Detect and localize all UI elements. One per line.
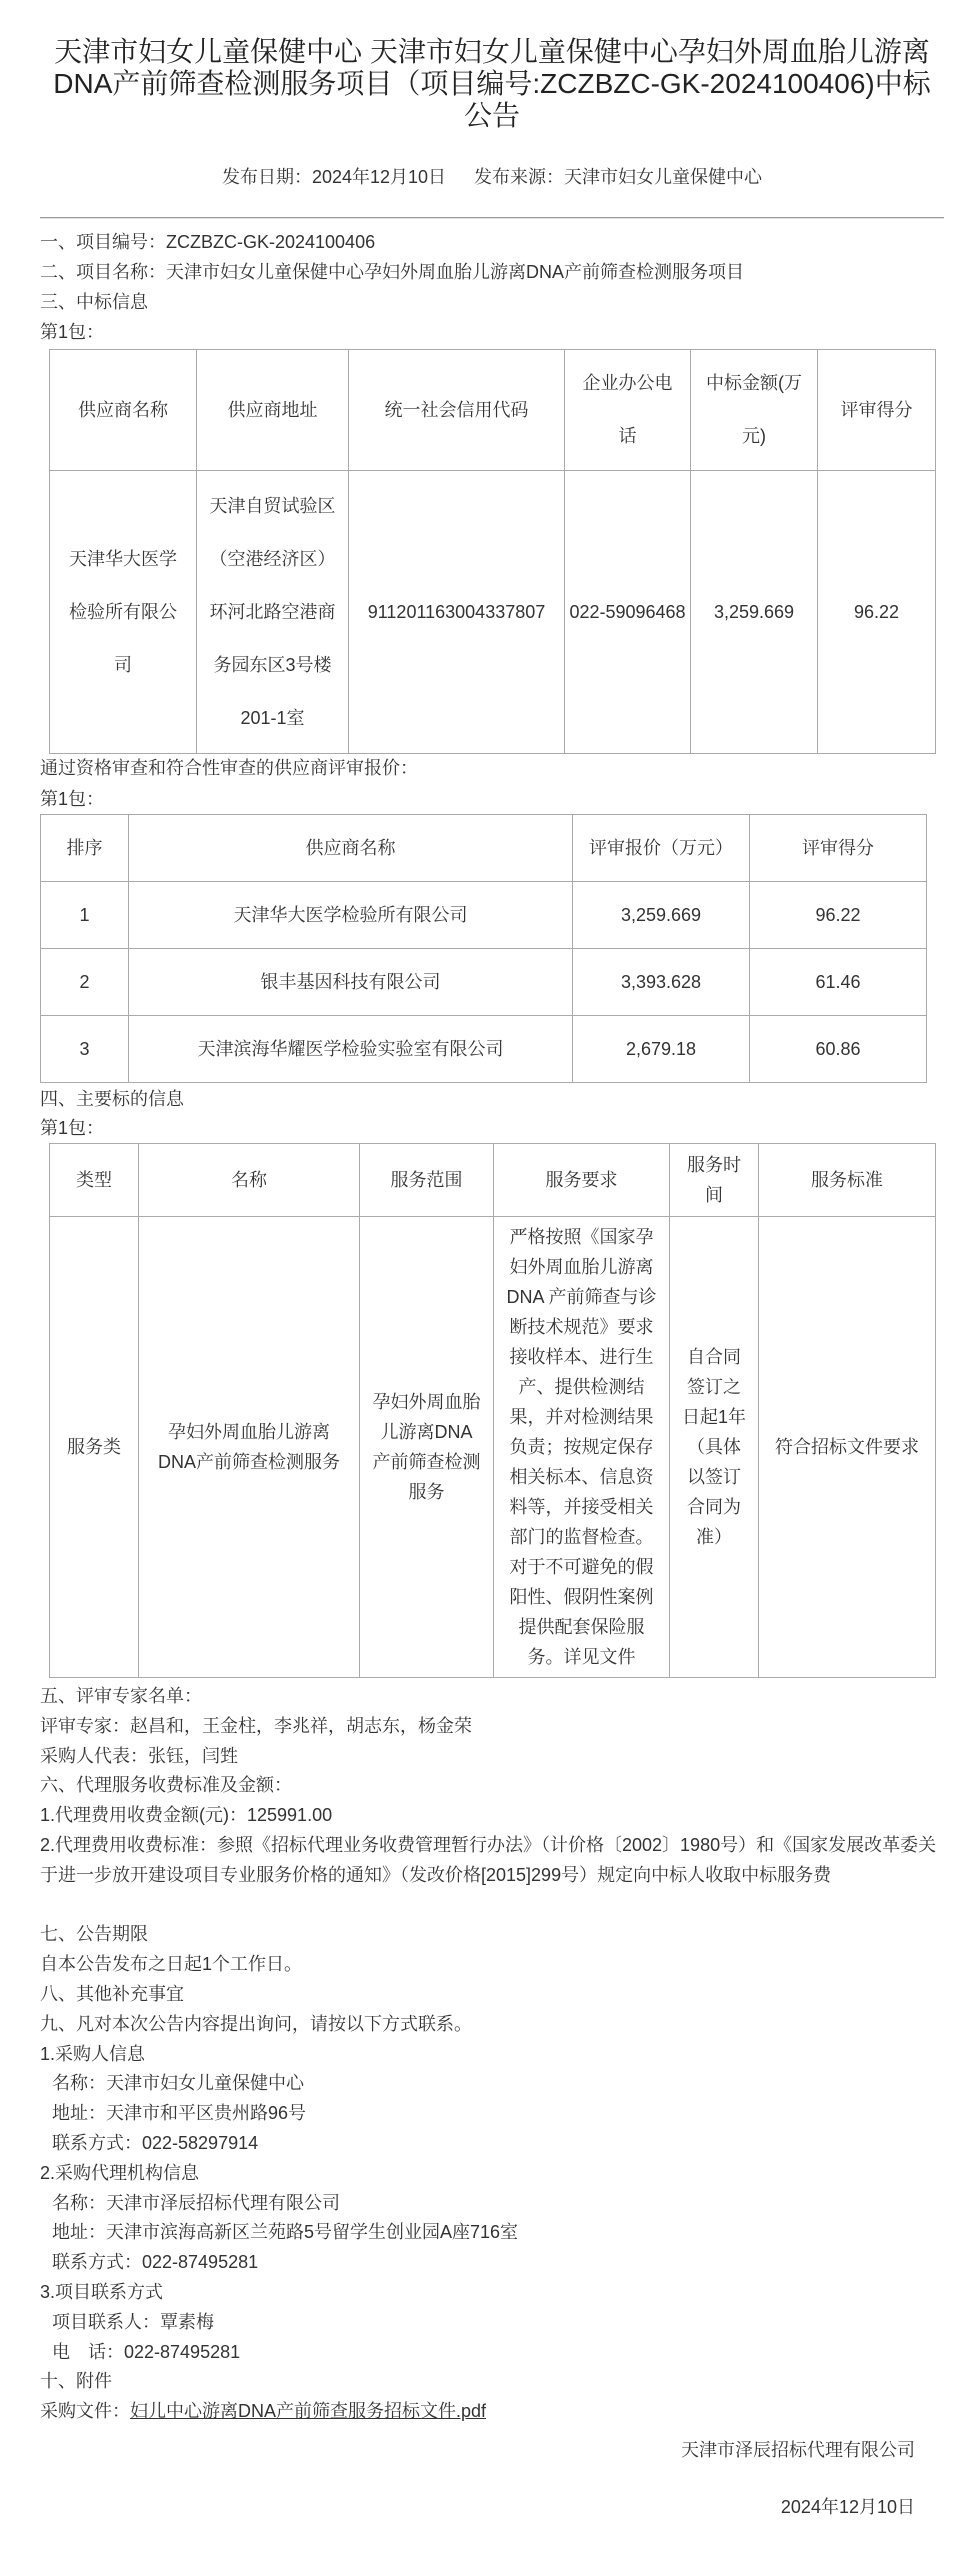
subject-table-header-row: 类型 名称 服务范围 服务要求 服务时间 服务标准 [50,1144,936,1217]
section-other-matters-heading: 八、其他补充事宜 [40,1980,944,2010]
table-row: 2 银丰基因科技有限公司 3,393.628 61.46 [41,949,927,1016]
purchaser-address: 地址：天津市和平区贵州路96号 [40,2099,944,2129]
publish-source: 发布来源：天津市妇女儿童保健中心 [474,167,762,187]
award-cell-supplier-name: 天津华大医学检验所有限公司 [50,471,197,754]
section-experts-heading: 五、评审专家名单： [40,1682,944,1712]
award-header-phone: 企业办公电话 [565,350,691,471]
evaluation-package-label: 第1包： [40,784,104,814]
agency-info-heading: 2.采购代理机构信息 [40,2159,944,2189]
subject-cell-service-time: 自合同签订之日起1年（具体以签订合同为准） [670,1217,759,1678]
agency-phone: 联系方式：022-87495281 [40,2248,944,2278]
table-row: 3 天津滨海华耀医学检验实验室有限公司 2,679.18 60.86 [41,1016,927,1083]
purchaser-name: 名称：天津市妇女儿童保健中心 [40,2069,944,2099]
award-table-header-row: 供应商名称 供应商地址 统一社会信用代码 企业办公电话 中标金额(万元) 评审得… [50,350,936,471]
announcement-details: 五、评审专家名单： 评审专家：赵昌和，王金柱，李兆祥，胡志东，杨金荣 采购人代表… [40,1682,944,2427]
eval-cell-rank: 1 [41,882,129,949]
eval-cell-supplier: 天津滨海华耀医学检验实验室有限公司 [129,1016,573,1083]
table-row: 1 天津华大医学检验所有限公司 3,259.669 96.22 [41,882,927,949]
eval-header-rank: 排序 [41,815,129,882]
eval-cell-supplier: 天津华大医学检验所有限公司 [129,882,573,949]
eval-header-supplier: 供应商名称 [129,815,573,882]
publish-date: 发布日期：2024年12月10日 [222,167,446,187]
section-subject-info-heading: 四、主要标的信息 [40,1084,184,1114]
award-header-score: 评审得分 [818,350,936,471]
eval-header-price: 评审报价（万元） [573,815,750,882]
agency-name: 名称：天津市泽辰招标代理有限公司 [40,2189,944,2219]
attachment-row: 采购文件：妇儿中心游离DNA产前筛查服务招标文件.pdf [40,2397,944,2427]
section-agency-fee-heading: 六、代理服务收费标准及金额： [40,1771,944,1801]
subject-header-name: 名称 [139,1144,360,1217]
table-row: 服务类 孕妇外周血胎儿游离DNA产前筛查检测服务 孕妇外周血胎儿游离DNA产前筛… [50,1217,936,1678]
eval-cell-rank: 2 [41,949,129,1016]
award-cell-phone: 022-59096468 [565,471,691,754]
subject-cell-requirements: 严格按照《国家孕妇外周血胎儿游离DNA 产前筛查与诊断技术规范》要求接收样本、进… [494,1217,670,1678]
subject-cell-type: 服务类 [50,1217,139,1678]
agency-fee-amount: 1.代理费用收费金额(元)：125991.00 [40,1801,944,1831]
section-contact-heading: 九、凡对本次公告内容提出询问，请按以下方式联系。 [40,2010,944,2040]
attachment-download-link[interactable]: 妇儿中心游离DNA产前筛查服务招标文件.pdf [130,2401,486,2421]
award-table: 供应商名称 供应商地址 统一社会信用代码 企业办公电话 中标金额(万元) 评审得… [49,349,936,754]
eval-cell-price: 3,259.669 [573,882,750,949]
purchaser-phone: 联系方式：022-58297914 [40,2129,944,2159]
signature-date: 2024年12月10日 [781,2492,915,2522]
subject-cell-standard: 符合招标文件要求 [759,1217,936,1678]
award-header-supplier-name: 供应商名称 [50,350,197,471]
header-divider [40,217,944,219]
section-project-number: 一、项目编号：ZCZBZC-GK-2024100406 [40,227,375,257]
project-contact-heading: 3.项目联系方式 [40,2278,944,2308]
evaluation-table-header-row: 排序 供应商名称 评审报价（万元） 评审得分 [41,815,927,882]
section-attachments-heading: 十、附件 [40,2367,944,2397]
eval-cell-rank: 3 [41,1016,129,1083]
table-row: 天津华大医学检验所有限公司 天津自贸试验区（空港经济区）环河北路空港商务园东区3… [50,471,936,754]
agency-fee-standard: 2.代理费用收费标准：参照《招标代理业务收费管理暂行办法》（计价格〔2002〕1… [40,1831,944,1920]
agency-address: 地址：天津市滨海高新区兰苑路5号留学生创业园A座716室 [40,2218,944,2248]
subject-header-service-time: 服务时间 [670,1144,759,1217]
eval-cell-price: 2,679.18 [573,1016,750,1083]
section-project-name: 二、项目名称：天津市妇女儿童保健中心孕妇外周血胎儿游离DNA产前筛查检测服务项目 [40,257,744,287]
subject-cell-name: 孕妇外周血胎儿游离DNA产前筛查检测服务 [139,1217,360,1678]
publish-meta: 发布日期：2024年12月10日发布来源：天津市妇女儿童保健中心 [40,162,944,192]
award-package-label: 第1包： [40,317,104,347]
subject-package-label: 第1包： [40,1113,104,1143]
eval-cell-supplier: 银丰基因科技有限公司 [129,949,573,1016]
award-header-amount: 中标金额(万元) [691,350,818,471]
notice-period: 自本公告发布之日起1个工作日。 [40,1950,944,1980]
subject-table: 类型 名称 服务范围 服务要求 服务时间 服务标准 服务类 孕妇外周血胎儿游离D… [49,1143,936,1678]
project-contact-phone: 电 话：022-87495281 [40,2338,944,2368]
award-header-credit-code: 统一社会信用代码 [349,350,565,471]
signature-org: 天津市泽辰招标代理有限公司 [681,2435,915,2465]
subject-header-scope: 服务范围 [360,1144,494,1217]
eval-cell-score: 96.22 [750,882,927,949]
eval-cell-price: 3,393.628 [573,949,750,1016]
subject-header-standard: 服务标准 [759,1144,936,1217]
purchaser-info-heading: 1.采购人信息 [40,2040,944,2070]
purchaser-representatives: 采购人代表：张钰，闫甡 [40,1742,944,1772]
subject-header-type: 类型 [50,1144,139,1217]
section-award-info-heading: 三、中标信息 [40,287,148,317]
section-notice-period-heading: 七、公告期限 [40,1920,944,1950]
award-header-supplier-address: 供应商地址 [197,350,349,471]
project-contact-person: 项目联系人：覃素梅 [40,2308,944,2338]
award-cell-score: 96.22 [818,471,936,754]
announcement-page: 天津市妇女儿童保健中心 天津市妇女儿童保健中心孕妇外周血胎儿游离DNA产前筛查检… [0,0,980,2557]
evaluation-table: 排序 供应商名称 评审报价（万元） 评审得分 1 天津华大医学检验所有限公司 3… [40,814,927,1083]
subject-header-requirements: 服务要求 [494,1144,670,1217]
eval-cell-score: 60.86 [750,1016,927,1083]
attachment-label: 采购文件： [40,2401,130,2421]
award-cell-amount: 3,259.669 [691,471,818,754]
experts-list: 评审专家：赵昌和，王金柱，李兆祥，胡志东，杨金荣 [40,1712,944,1742]
eval-cell-score: 61.46 [750,949,927,1016]
award-cell-credit-code: 911201163004337807 [349,471,565,754]
page-title: 天津市妇女儿童保健中心 天津市妇女儿童保健中心孕妇外周血胎儿游离DNA产前筛查检… [40,36,944,132]
evaluation-intro: 通过资格审查和符合性审查的供应商评审报价： [40,753,418,783]
eval-header-score: 评审得分 [750,815,927,882]
subject-cell-scope: 孕妇外周血胎儿游离DNA产前筛查检测服务 [360,1217,494,1678]
award-cell-supplier-address: 天津自贸试验区（空港经济区）环河北路空港商务园东区3号楼201-1室 [197,471,349,754]
